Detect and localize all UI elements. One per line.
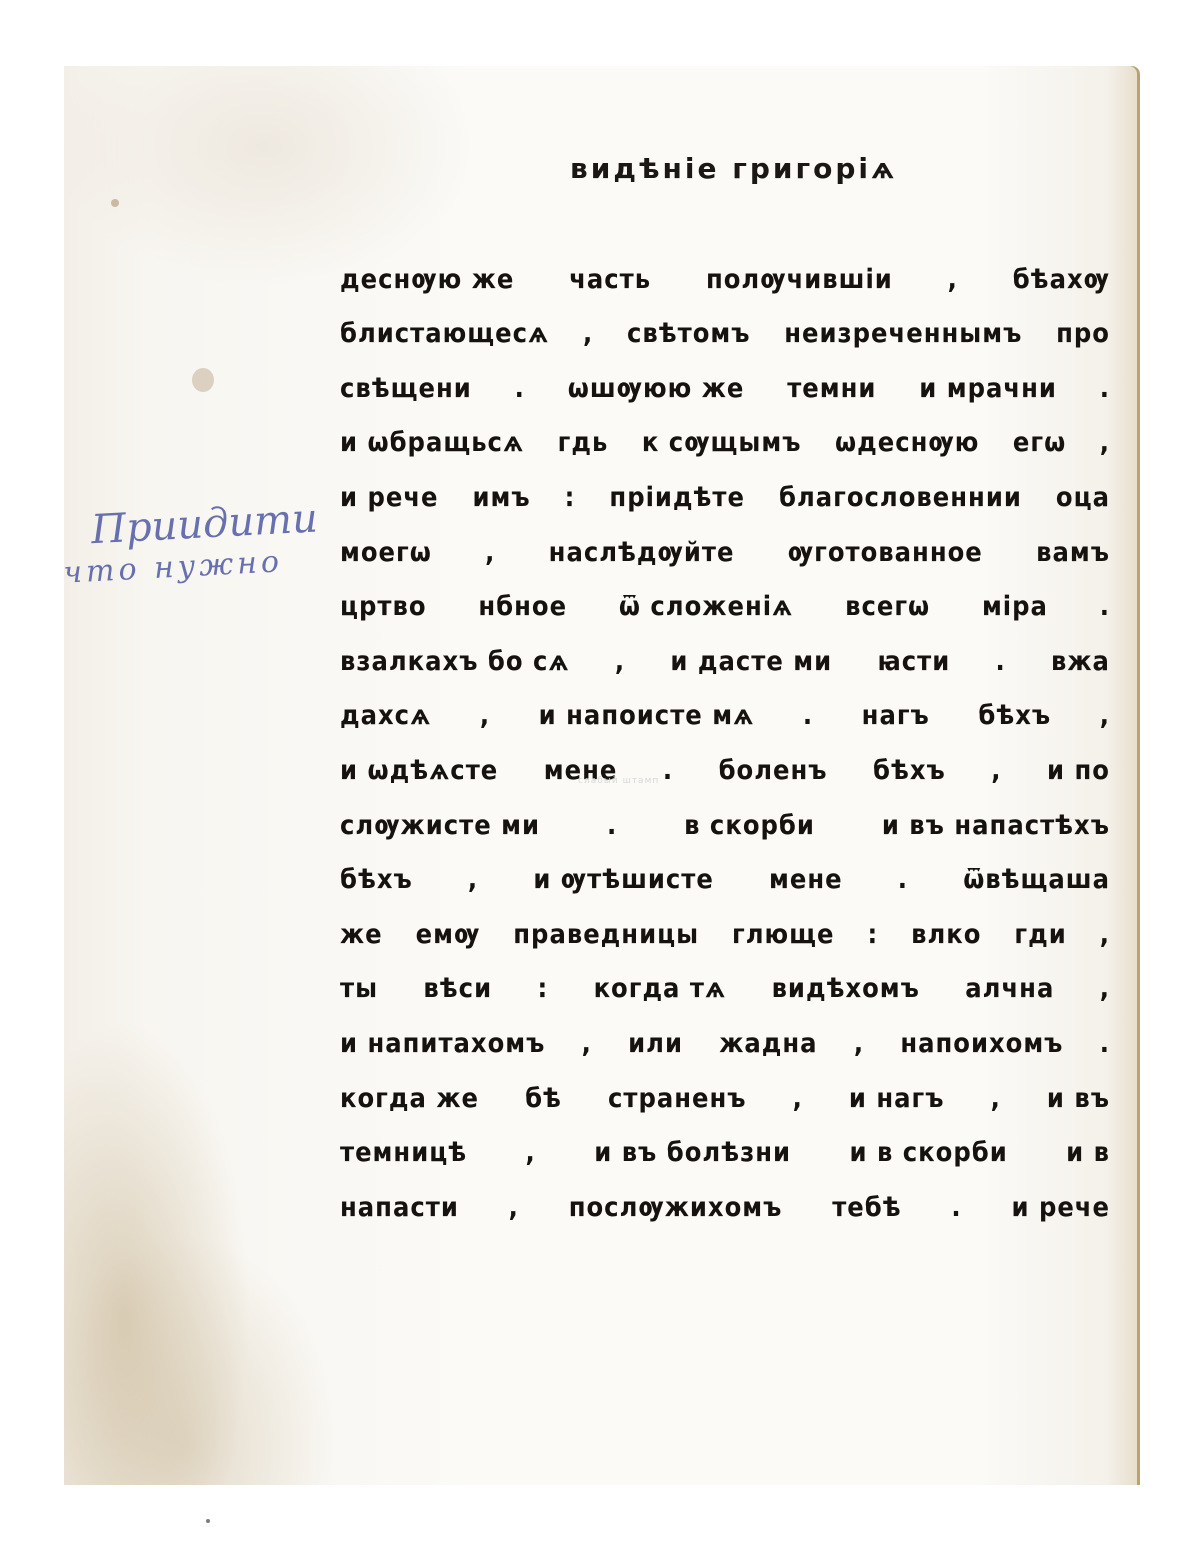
paper-stain [111, 199, 119, 207]
paper-stain [206, 1519, 210, 1523]
paper-stain [192, 368, 214, 392]
text-line: и ѡбращьсѧгдьк сѹщымъѡдеснѹюегѡ, [340, 402, 1110, 457]
faint-stamp: слабый штамп [578, 776, 659, 786]
body-text: деснѹю жечастьполѹчившіи,бѣахѹ блистающе… [340, 238, 1110, 1221]
text-line: и напитахомъ,илижадна,напоихомъ. [340, 1002, 1110, 1057]
text-line: бѣхъ,и ѹтѣшистемене.ѿвѣщаша [340, 839, 1110, 894]
text-line: когда жебѣстраненъ,и нагъ,и въ [340, 1057, 1110, 1112]
text-line: слѹжисте ми.в скорбии въ напастѣхъ [340, 784, 1110, 839]
text-line: свѣщени.ѡшѹюю жетемнии мрачни. [340, 347, 1110, 402]
handwritten-margin-note: Приидити что нужно [60, 493, 324, 592]
text-line: напасти,послѹжихомътебѣ.и рече [340, 1166, 1110, 1221]
text-line: блистающесѧ,свѣтомънеизреченнымъпро [340, 293, 1110, 348]
text-line: тывѣси:когда тѧвидѣхомъалчна, [340, 948, 1110, 1003]
text-line: дахсѧ,и напоисте мѧ.нагъбѣхъ, [340, 675, 1110, 730]
text-line: взалкахъ бо сѧ,и дасте миꙗсти.вжа [340, 620, 1110, 675]
text-line: и ѡдѣѧстемене.боленъбѣхъ,и по [340, 729, 1110, 784]
text-line: деснѹю жечастьполѹчившіи,бѣахѹ [340, 238, 1110, 293]
text-line: жеемѹправедницыглюще:влкогди, [340, 893, 1110, 948]
text-line: и речеимъ:пріидѣтеблагословеннииоца [340, 456, 1110, 511]
text-line: темницѣ,и въ болѣзнии в скорбии в [340, 1112, 1110, 1167]
text-line: моегѡ,наслѣдѹйтеѹготованноевамъ [340, 511, 1110, 566]
page-header: видѣніе григоріѧ [570, 152, 910, 185]
text-line: цртвонбноеѿ сложеніѧвсегѡміра. [340, 566, 1110, 621]
